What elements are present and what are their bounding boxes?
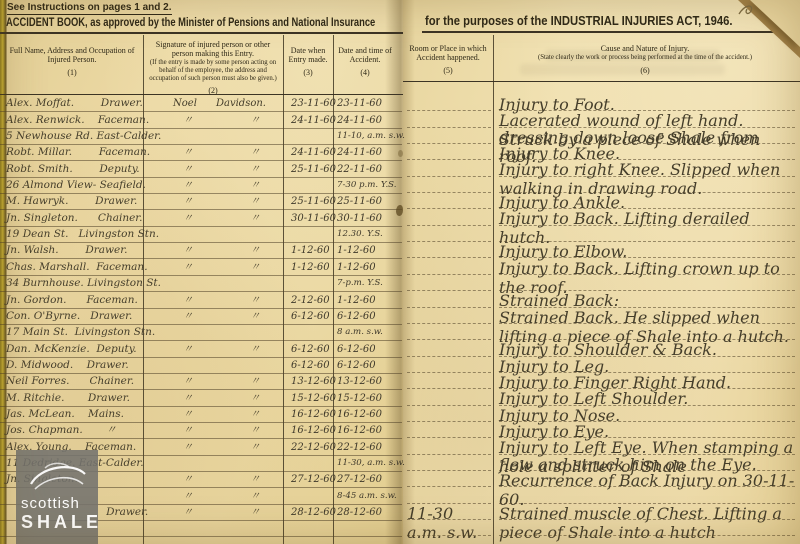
- cell-name: 34 Burnhouse. Livingston St.: [6, 277, 143, 290]
- cell-signature: 〃 〃: [183, 195, 260, 208]
- cell-place: [407, 455, 491, 471]
- cell-signature: 〃 〃: [183, 244, 260, 257]
- pencil-mark: [736, 3, 762, 19]
- cell-place: [407, 128, 491, 144]
- watermark-text: scottish: [21, 495, 98, 512]
- cell-name: 26 Almond View- Seafield.: [6, 179, 143, 192]
- cell-accident-date: 7-p.m. Y.S.: [337, 277, 383, 290]
- cell-cause: Injury to Back. Lifting derailed hutch.: [499, 209, 795, 225]
- cell-signature: 〃 〃: [183, 179, 260, 192]
- accident-row-right: Injury to Finger Right Hand.: [403, 373, 800, 389]
- accident-row-right: Recurrence of Back Injury on 30-11-60.: [403, 471, 800, 487]
- cell-signature: 〃 〃: [183, 114, 260, 127]
- cell-place: [407, 438, 491, 454]
- cell-accident-date: 6-12-60: [337, 359, 376, 372]
- accident-row-right: flew and struck him on the Eye.: [403, 455, 800, 471]
- cell-signature: 〃 〃: [183, 392, 260, 405]
- cell-place: [407, 226, 491, 242]
- accident-row-left: Dan. McKenzie. Deputy.〃 〃6-12-606-12-60: [0, 340, 402, 357]
- cell-accident-date: 7-30 p.m. Y.S.: [337, 179, 397, 192]
- cell-accident-date: 8 a.m. s.w.: [337, 326, 383, 339]
- accident-row-right: [403, 226, 800, 242]
- cell-name: Jn. Gordon. Faceman.: [6, 294, 143, 307]
- cell-entry-date: 24-11-60: [291, 114, 336, 127]
- cell-accident-date: 13-12-60: [337, 375, 382, 388]
- cell-signature: 〃 〃: [183, 441, 260, 454]
- cell-name: Neil Forres. Chainer.: [6, 375, 143, 388]
- cell-entry-date: 16-12-60: [291, 408, 336, 421]
- cell-name: Jos. Chapman. 〃: [6, 424, 143, 437]
- accident-row-left: 17 Main St. Livingston Stn.8 a.m. s.w.: [0, 324, 402, 341]
- accident-row-right: Strained Back. He slipped when lifting a…: [403, 308, 800, 324]
- cell-cause: Recurrence of Back Injury on 30-11-60.: [499, 471, 795, 487]
- cell-place: [407, 373, 491, 389]
- accident-row-left: M. Hawryk. Drawer.〃 〃25-11-6025-11-60: [0, 193, 402, 210]
- accident-book-scan: See Instructions on pages 1 and 2. ACCID…: [0, 0, 800, 544]
- cell-accident-date: 1-12-60: [337, 244, 376, 257]
- accident-row-right: Injury to Knee.: [403, 144, 800, 160]
- cell-accident-date: 25-11-60: [337, 195, 382, 208]
- cell-accident-date: 28-12-60: [337, 506, 382, 519]
- cell-accident-date: 12.30. Y.S.: [337, 228, 383, 241]
- cell-entry-date: 23-11-60: [291, 97, 336, 110]
- cell-signature: 〃 〃: [183, 473, 260, 486]
- cell-cause: [499, 177, 795, 193]
- cell-name: Jn. Walsh. Drawer.: [6, 244, 143, 257]
- cell-accident-date: 8-45 a.m. s.w.: [337, 490, 397, 503]
- cell-name: M. Ritchie. Drawer.: [6, 392, 143, 405]
- accident-row-right: [403, 324, 800, 340]
- cell-name: D. Midwood. Drawer.: [6, 359, 143, 372]
- cell-name: Dan. McKenzie. Deputy.: [6, 343, 143, 356]
- accident-row-left: Jos. Chapman. 〃〃 〃16-12-6016-12-60: [0, 422, 402, 439]
- accident-row-left: 5 Newhouse Rd. East-Calder.11-10, a.m. s…: [0, 128, 402, 145]
- cell-name: Jas. McLean. Mains.: [6, 408, 143, 421]
- cell-accident-date: 27-12-60: [337, 473, 382, 486]
- col-header-place: Room or Place in which Accident happened…: [406, 44, 490, 76]
- cell-entry-date: 24-11-60: [291, 146, 336, 159]
- accident-row-left: Neil Forres. Chainer.〃 〃13-12-6013-12-60: [0, 373, 402, 390]
- cell-place: [407, 324, 491, 340]
- accident-row-left: D. Midwood. Drawer.6-12-606-12-60: [0, 357, 402, 374]
- cell-signature: 〃 〃: [183, 375, 260, 388]
- cell-place: [407, 520, 491, 536]
- cell-entry-date: 2-12-60: [291, 294, 330, 307]
- accident-row-right: [403, 520, 800, 536]
- cell-cause: Injury to Eye.: [499, 422, 795, 438]
- cell-accident-date: 1-12-60: [337, 294, 376, 307]
- accident-row-left: 26 Almond View- Seafield.〃 〃7-30 p.m. Y.…: [0, 177, 402, 194]
- cell-signature: 〃 〃: [183, 506, 260, 519]
- cell-name: Robt. Millar. Faceman.: [6, 146, 143, 159]
- cell-entry-date: 25-11-60: [291, 163, 336, 176]
- col-header-signature: Signature of injured person or other per…: [146, 40, 280, 95]
- cell-place: [407, 357, 491, 373]
- cell-name: Con. O'Byrne. Drawer.: [6, 310, 143, 323]
- cell-place: [407, 422, 491, 438]
- accident-row-left: Alex. Renwick. Faceman.〃 〃24-11-6024-11-…: [0, 111, 402, 128]
- instructions-note: See Instructions on pages 1 and 2.: [7, 2, 172, 15]
- accident-row-right: Injury to Back. Lifting crown up to the …: [403, 259, 800, 275]
- cell-entry-date: 27-12-60: [291, 473, 336, 486]
- cell-place: [407, 177, 491, 193]
- cell-cause: Injury to Left Shoulder.: [499, 389, 795, 405]
- scottish-shale-watermark: scottish SHALE: [16, 450, 98, 544]
- cell-cause: Strained Back:: [499, 291, 795, 307]
- cell-accident-date: 22-12-60: [337, 441, 382, 454]
- cell-place: [407, 193, 491, 209]
- cell-place: [407, 487, 491, 503]
- cell-place: [407, 144, 491, 160]
- accident-row-left: Jas. McLean. Mains.〃 〃16-12-6016-12-60: [0, 406, 402, 423]
- accident-row-left: Robt. Millar. Faceman.〃 〃24-11-6024-11-6…: [0, 144, 402, 161]
- cell-entry-date: 30-11-60: [291, 212, 336, 225]
- cell-cause: Injury to Back. Lifting crown up to the …: [499, 259, 795, 275]
- accident-row-left: M. Ritchie. Drawer.〃 〃15-12-6015-12-60: [0, 389, 402, 406]
- accident-row-right: Injury to Nose.: [403, 406, 800, 422]
- accident-row-left: 19 Dean St. Livingston Stn.12.30. Y.S.: [0, 226, 402, 243]
- cell-accident-date: 16-12-60: [337, 424, 382, 437]
- cell-cause: Injury to Foot.: [499, 95, 795, 111]
- cell-signature: 〃 〃: [183, 408, 260, 421]
- cell-cause: Injury to Knee.: [499, 144, 795, 160]
- cell-cause: Injury to right Knee. Slipped when walki…: [499, 160, 795, 176]
- cell-place: [407, 291, 491, 307]
- cell-cause: Strained Back. He slipped when lifting a…: [499, 308, 795, 324]
- cell-name: Robt. Smith. Deputy.: [6, 163, 143, 176]
- cell-cause: [499, 520, 795, 536]
- cell-cause: Injury to Elbow.: [499, 242, 795, 258]
- cell-entry-date: 13-12-60: [291, 375, 336, 388]
- cell-cause: Injury to Ankle.: [499, 193, 795, 209]
- cell-accident-date: 11-30, a.m. s.w.: [337, 457, 405, 470]
- accident-row-right: [403, 177, 800, 193]
- cell-place: [407, 471, 491, 487]
- accident-row-right: Injury to Left Shoulder.: [403, 389, 800, 405]
- cell-name: Chas. Marshall. Faceman.: [6, 261, 143, 274]
- cell-cause: Injury to Nose.: [499, 406, 795, 422]
- accident-row-left: Alex. Moffat. Drawer.Noel Davidson.23-11…: [0, 95, 402, 112]
- accident-row-left: Jn. Gordon. Faceman.〃 〃2-12-601-12-60: [0, 291, 402, 308]
- cell-signature: 〃 〃: [183, 490, 260, 503]
- cell-cause: [499, 324, 795, 340]
- cell-accident-date: 11-10, a.m. s.w.: [337, 130, 405, 143]
- accident-row-right: Injury to Back. Lifting derailed hutch.: [403, 209, 800, 225]
- accident-row-right: Injury to Shoulder & Back.: [403, 340, 800, 356]
- title-underline: [422, 31, 784, 33]
- retort-sketch-icon: [25, 454, 89, 494]
- cell-place: [407, 111, 491, 127]
- accident-row-right: Injury to Eye.: [403, 422, 800, 438]
- cell-name: 17 Main St. Livingston Stn.: [6, 326, 143, 339]
- accident-row-left: Chas. Marshall. Faceman.〃 〃1-12-601-12-6…: [0, 259, 402, 276]
- cell-entry-date: 22-12-60: [291, 441, 336, 454]
- accident-row-left: Jn. Walsh. Drawer.〃 〃1-12-601-12-60: [0, 242, 402, 259]
- cell-accident-date: 1-12-60: [337, 261, 376, 274]
- cell-accident-date: 16-12-60: [337, 408, 382, 421]
- accident-row-right: Lacerated wound of left hand. Struck by …: [403, 111, 800, 127]
- cell-place: [407, 406, 491, 422]
- cell-name: Jn. Singleton. Chainer.: [6, 212, 143, 225]
- accident-row-left: Con. O'Byrne. Drawer.〃 〃6-12-606-12-60: [0, 308, 402, 325]
- cell-signature: 〃 〃: [183, 212, 260, 225]
- cell-cause: [499, 275, 795, 291]
- accident-row-right: Strained Back:: [403, 291, 800, 307]
- col-header-name: Full Name, Address and Occupation of Inj…: [4, 46, 140, 78]
- cell-entry-date: 6-12-60: [291, 359, 330, 372]
- cell-accident-date: 23-11-60: [337, 97, 382, 110]
- watermark-text: SHALE: [21, 512, 98, 533]
- cell-place: [407, 308, 491, 324]
- cell-name: Alex. Moffat. Drawer.: [6, 97, 143, 110]
- accident-row-left: Robt. Smith. Deputy.〃 〃25-11-6022-11-60: [0, 160, 402, 177]
- industrial-injuries-title: for the purposes of the INDUSTRIAL INJUR…: [425, 14, 733, 28]
- cell-place: [407, 95, 491, 111]
- cell-accident-date: 15-12-60: [337, 392, 382, 405]
- cell-place: [407, 275, 491, 291]
- cell-accident-date: 30-11-60: [337, 212, 382, 225]
- cell-cause: Injury to Left Eye. When stamping a hole…: [499, 438, 795, 454]
- cell-cause: flew and struck him on the Eye.: [499, 455, 795, 471]
- accident-row-right: Injury to right Knee. Slipped when walki…: [403, 160, 800, 176]
- cell-place: [407, 160, 491, 176]
- accident-row-right: Injury to Ankle.: [403, 193, 800, 209]
- accident-row-right: [403, 275, 800, 291]
- cell-place: [407, 242, 491, 258]
- title-underline: [0, 32, 403, 34]
- cell-signature: 〃 〃: [183, 163, 260, 176]
- accident-row-right: 11-30 a.m. s.w.Strained muscle of Chest.…: [403, 504, 800, 520]
- accident-row-right: Injury to Foot.: [403, 95, 800, 111]
- cell-entry-date: 16-12-60: [291, 424, 336, 437]
- ink-blot: [398, 150, 403, 157]
- cell-cause: Lacerated wound of left hand. Struck by …: [499, 111, 795, 127]
- cell-place: [407, 209, 491, 225]
- accident-book-title: ACCIDENT BOOK, as approved by the Minist…: [6, 15, 375, 29]
- accident-row-right: Injury to Left Eye. When stamping a hole…: [403, 438, 800, 454]
- cell-signature: 〃 〃: [183, 343, 260, 356]
- header-rule: [403, 81, 800, 82]
- cell-accident-date: 6-12-60: [337, 310, 376, 323]
- cell-entry-date: 25-11-60: [291, 195, 336, 208]
- cell-cause: Injury to Finger Right Hand.: [499, 373, 795, 389]
- accident-row-right: Injury to Elbow.: [403, 242, 800, 258]
- cell-signature: 〃 〃: [183, 424, 260, 437]
- cell-entry-date: 1-12-60: [291, 244, 330, 257]
- col-header-entry-date: Date when Entry made. (3): [285, 46, 331, 78]
- accident-row-right: Injury to Leg.: [403, 357, 800, 373]
- cell-signature: 〃 〃: [183, 310, 260, 323]
- cell-signature: 〃 〃: [183, 146, 260, 159]
- accident-row-left: 34 Burnhouse. Livingston St.7-p.m. Y.S.: [0, 275, 402, 292]
- accident-row-right: dressing down loose Shale from roof.: [403, 128, 800, 144]
- cell-accident-date: 24-11-60: [337, 114, 382, 127]
- cell-entry-date: 6-12-60: [291, 343, 330, 356]
- cell-entry-date: 28-12-60: [291, 506, 336, 519]
- col-header-accident-date: Date and time of Accident. (4): [335, 46, 395, 78]
- cell-name: 5 Newhouse Rd. East-Calder.: [6, 130, 143, 143]
- cell-entry-date: 15-12-60: [291, 392, 336, 405]
- cell-name: M. Hawryk. Drawer.: [6, 195, 143, 208]
- accident-row-left: Jn. Singleton. Chainer.〃 〃30-11-6030-11-…: [0, 209, 402, 226]
- cell-name: Alex. Renwick. Faceman.: [6, 114, 143, 127]
- cell-cause: [499, 226, 795, 242]
- cell-cause: Injury to Leg.: [499, 357, 795, 373]
- cell-place: [407, 340, 491, 356]
- cell-accident-date: 6-12-60: [337, 343, 376, 356]
- cell-accident-date: 22-11-60: [337, 163, 382, 176]
- cell-cause: [499, 487, 795, 503]
- cell-cause: dressing down loose Shale from roof.: [499, 128, 795, 144]
- cell-name: 19 Dean St. Livingston Stn.: [6, 228, 143, 241]
- cell-signature: Noel Davidson.: [173, 97, 266, 110]
- cell-signature: 〃 〃: [183, 294, 260, 307]
- cell-cause: Injury to Shoulder & Back.: [499, 340, 795, 356]
- cell-place: [407, 259, 491, 275]
- cell-accident-date: 24-11-60: [337, 146, 382, 159]
- cell-signature: 〃 〃: [183, 261, 260, 274]
- cell-place: 11-30 a.m. s.w.: [407, 504, 491, 520]
- accident-row-right: [403, 487, 800, 503]
- cell-entry-date: 6-12-60: [291, 310, 330, 323]
- cell-cause: Strained muscle of Chest. Lifting a piec…: [499, 504, 795, 520]
- cell-place: [407, 389, 491, 405]
- cell-entry-date: 1-12-60: [291, 261, 330, 274]
